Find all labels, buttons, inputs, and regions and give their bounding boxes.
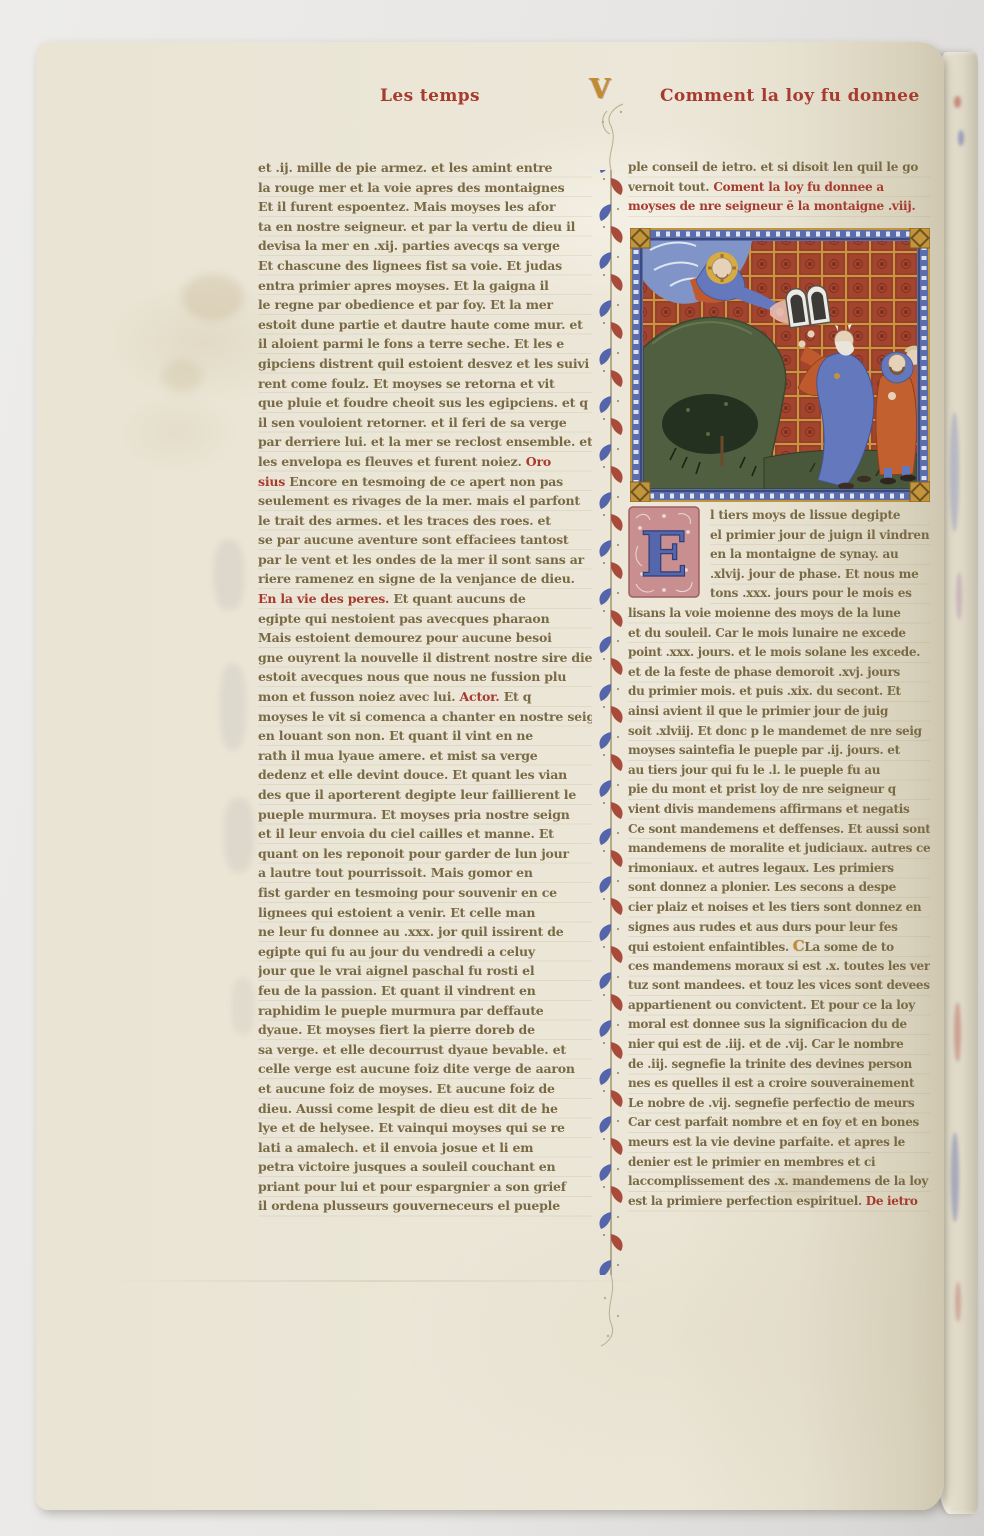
margin-smudge (220, 664, 246, 750)
text-line: celle verge est aucune foiz dite verge d… (258, 1059, 592, 1079)
running-title-right: Comment la loy fu donnee (660, 86, 920, 106)
text-line: jour que le vrai aignel paschal fu rosti… (258, 961, 592, 981)
text-line: Et chascune des lignees fist sa voie. Et… (258, 256, 592, 276)
penwork-flourish-bottom (601, 1275, 619, 1346)
parchment-stain (162, 360, 202, 392)
text-line: pie du mont et prist loy de nre seigneur… (628, 780, 930, 800)
rubric-text: En la vie des peres. (258, 591, 393, 606)
body-text: est la primiere perfection espirituel. (628, 1194, 866, 1208)
text-line: il sen vouloient retorner. et il feri de… (258, 413, 592, 433)
rubric-text: Actor. (460, 689, 504, 704)
edge-fleck (954, 1002, 961, 1062)
text-column-left: et .ij. mille de pie armez. et les amint… (258, 158, 592, 1218)
text-line: ta en nostre seigneur. et par la vertu d… (258, 217, 592, 237)
miniature-god-gives-tablets-to-moses (630, 228, 930, 502)
body-text: qui estoient enfaintibles. (628, 940, 793, 954)
text-line: de .iij. segnefie la trinite des devines… (628, 1055, 930, 1075)
rubric-text: Oro (526, 454, 551, 469)
text-line: ple conseil de ietro. et si disoit len q… (628, 158, 930, 178)
body-text: les envelopa es fleuves et furent noiez. (258, 454, 526, 469)
text-line: laccomplissement des .x. mandemens de la… (628, 1172, 930, 1192)
rubric-text: moyses de nre seigneur ē la montaigne .v… (628, 199, 916, 213)
text-line: les envelopa es fleuves et furent noiez.… (258, 452, 592, 472)
body-text: Et quant aucuns de (393, 591, 525, 606)
body-text: mon et fusson noiez avec lui. (258, 689, 460, 704)
parchment-stain (182, 274, 244, 320)
text-line: raphidim le pueple murmura par deffaute (258, 1001, 592, 1021)
text-line: du primier mois. et puis .xix. du secont… (628, 682, 930, 702)
rubric-text: De ietro (866, 1194, 918, 1208)
text-line: ne leur fu donnee au .xxx. jor quil issi… (258, 922, 592, 942)
text-line: tuz sont mandees. et touz les vices sont… (628, 976, 930, 996)
text-line: pueple murmura. Et moyses pria nostre se… (258, 805, 592, 825)
text-column-right-body: lisans la voie moienne des moys de la lu… (628, 604, 930, 1214)
gilded-initial: C (793, 937, 805, 955)
text-line: lignees qui estoient a venir. Et celle m… (258, 903, 592, 923)
rubric-text: Coment la loy fu donnee a (713, 180, 884, 194)
text-line: sont donnez a plonier. Les secons a desp… (628, 878, 930, 898)
edge-fleck (954, 96, 961, 108)
text-line: .xlvij. jour de phase. Et nous me (710, 565, 930, 585)
text-line: et il leur envoia du ciel cailles et man… (258, 824, 592, 844)
text-line: et .ij. mille de pie armez. et les amint… (258, 158, 592, 178)
text-line: dieu. Aussi come lespit de dieu est dit … (258, 1099, 592, 1119)
text-line: rimoniaux. et autres legaux. Les primier… (628, 859, 930, 879)
text-line: quant on les reponoit pour garder de lun… (258, 844, 592, 864)
text-line: des que il aporterent degipte leur faill… (258, 785, 592, 805)
text-line: a lautre tout pourrissoit. Mais gomor en (258, 863, 592, 883)
text-line: entra primier apres moyses. Et la gaigna… (258, 276, 592, 296)
text-line: tons .xxx. jours pour le mois es (710, 584, 930, 604)
parchment-crease (96, 1280, 656, 1282)
text-line: ainsi avient il que le primier jour de j… (628, 702, 930, 722)
text-line: Mais estoient demourez pour aucune besoi (258, 628, 592, 648)
text-line: moyses de nre seigneur ē la montaigne .v… (628, 197, 930, 217)
text-line: sius Encore en tesmoing de ce apert non … (258, 472, 592, 492)
text-line: le trait des armes. et les traces des ro… (258, 511, 592, 531)
text-line: vernoit tout. Coment la loy fu donnee a (628, 178, 930, 198)
manuscript-page: Les temps V Comment la loy fu donnee et … (36, 42, 944, 1510)
edge-fleck (956, 572, 962, 620)
text-line: gne ouyrent la nouvelle il distrent nost… (258, 648, 592, 668)
margin-smudge (214, 540, 244, 610)
text-line: au tiers jour qui fu le .l. le pueple fu… (628, 761, 930, 781)
text-line: en la montaigne de synay. au (710, 545, 930, 565)
text-line: fist garder en tesmoing pour souvenir en… (258, 883, 592, 903)
text-line: dedenz et elle devint douce. Et quant le… (258, 765, 592, 785)
text-line: rent come foulz. Et moyses se retorna et… (258, 374, 592, 394)
text-column-right-beside-initial: l tiers moys de lissue degipteel primier… (710, 506, 930, 604)
text-line: rath il mua lyaue amere. et mist sa verg… (258, 746, 592, 766)
penwork-flourish-top (602, 104, 623, 170)
text-line: en louant son non. Et quant il vint en n… (258, 726, 592, 746)
text-line: moyses saintefia le pueple par .ij. jour… (628, 741, 930, 761)
text-line: En la vie des peres. Et quant aucuns de (258, 589, 592, 609)
text-line: denier est le primier en membres et ci (628, 1153, 930, 1173)
body-text: vernoit tout. (628, 180, 713, 194)
text-line: devisa la mer en .xij. parties avecqs sa… (258, 236, 592, 256)
text-line: lati a amalech. et il envoia josue et li… (258, 1138, 592, 1158)
tablets-of-law (785, 284, 831, 327)
text-line: estoit avecques nous que nous ne fussion… (258, 667, 592, 687)
text-column-right-top: ple conseil de ietro. et si disoit len q… (628, 158, 930, 218)
text-line: egipte qui fu au jour du vendredi a celu… (258, 942, 592, 962)
text-line: le regne par obedience et par foy. Et la… (258, 295, 592, 315)
photo-backdrop: Les temps V Comment la loy fu donnee et … (0, 0, 984, 1536)
text-line: lye et de helysee. Et vainqui moyses qui… (258, 1118, 592, 1138)
decorated-initial-E: E (628, 506, 700, 598)
text-line: meurs est la vie devine parfaite. et apr… (628, 1133, 930, 1153)
text-line: estoit dune partie et dautre haute come … (258, 315, 592, 335)
text-line: il aloient parmi le fons a terre seche. … (258, 334, 592, 354)
text-line: seulement es rivages de la mer. mais el … (258, 491, 592, 511)
text-line: lisans la voie moienne des moys de la lu… (628, 604, 930, 624)
margin-smudge (232, 978, 254, 1034)
text-line: moyses le vit si comenca a chanter en no… (258, 707, 592, 727)
text-line: vient divis mandemens affirmans et negat… (628, 800, 930, 820)
text-line: qui estoient enfaintibles. CLa some de t… (628, 937, 930, 957)
text-line: gipciens distrent quil estoient desvez e… (258, 354, 592, 374)
text-line: et aucune foiz de moyses. Et aucune foiz… (258, 1079, 592, 1099)
text-line: signes aus rudes et aus durs pour leur f… (628, 918, 930, 938)
text-line: nier qui est de .iij. et de .vij. Car le… (628, 1035, 930, 1055)
edge-fleck (950, 412, 959, 532)
text-line: egipte qui nestoient pas avecques pharao… (258, 609, 592, 629)
text-line: moral est donnee sus la significacion du… (628, 1015, 930, 1035)
text-line: mon et fusson noiez avec lui. Actor. Et … (258, 687, 592, 707)
text-line: point .xxx. jours. et le mois solane les… (628, 643, 930, 663)
text-line: Ce sont mandemens et deffenses. Et aussi… (628, 820, 930, 840)
text-line: riere ramenez en signe de la venjance de… (258, 569, 592, 589)
text-line: nes es quelles il est a croire souverain… (628, 1074, 930, 1094)
text-line: cier plaiz et noises et les tiers sont d… (628, 898, 930, 918)
text-line: par le vent et les ondes de la mer il so… (258, 550, 592, 570)
bush (662, 394, 758, 454)
edge-fleck (958, 130, 964, 146)
text-line: feu de la passion. Et quant il vindrent … (258, 981, 592, 1001)
margin-smudge (224, 798, 254, 872)
ivy-ornament-bar (596, 100, 626, 1350)
edge-fleck (955, 1282, 961, 1322)
belt-buckle (834, 373, 840, 379)
text-line: priant pour lui et pour espargnier a son… (258, 1177, 592, 1197)
text-line: soit .xlviij. Et donc p le mandemet de n… (628, 722, 930, 742)
text-line: la rouge mer et la voie apres des montai… (258, 178, 592, 198)
text-line: se par aucune aventure sont effaciees ta… (258, 530, 592, 550)
body-text: Encore en tesmoing de ce apert non pas (289, 474, 563, 489)
text-line: ces mandemens moraux si est .x. toutes l… (628, 957, 930, 977)
text-line: que pluie et foudre cheoit sus les egipc… (258, 393, 592, 413)
edge-fleck (951, 1132, 959, 1222)
text-line: est la primiere perfection espirituel. D… (628, 1192, 930, 1212)
rubric-text: sius (258, 474, 289, 489)
text-line: l tiers moys de lissue degipte (710, 506, 930, 526)
text-line: appartienent ou convictent. Et pour ce l… (628, 996, 930, 1016)
text-line: il ordena plusseurs gouverneceurs el pue… (258, 1196, 592, 1216)
body-text: La some de to (804, 940, 894, 954)
text-line: et de la feste de phase demoroit .xvj. j… (628, 663, 930, 683)
text-line: sa verge. et elle decourrust dyaue bevab… (258, 1040, 592, 1060)
text-line: dyaue. Et moyses fiert la pierre doreb d… (258, 1020, 592, 1040)
text-line: mandemens de moralite et judiciaux. autr… (628, 839, 930, 859)
text-line: petra victoire jusques a souleil couchan… (258, 1157, 592, 1177)
raised-hand (888, 392, 896, 400)
text-line: Le nobre de .vij. segnefie perfectio de … (628, 1094, 930, 1114)
text-line: et du souleil. Car le mois lunaire ne ex… (628, 624, 930, 644)
ivy-vine (596, 170, 626, 1275)
text-line: Car cest parfait nombre et en foy et en … (628, 1113, 930, 1133)
running-title-left: Les temps (380, 86, 480, 106)
text-line: el primier jour de juign il vindrent (710, 526, 930, 546)
body-text: Et q (504, 689, 532, 704)
text-line: Et il furent espoentez. Mais moyses les … (258, 197, 592, 217)
initial-letter: E (640, 518, 687, 591)
text-line: par derriere lui. et la mer se reclost e… (258, 432, 592, 452)
